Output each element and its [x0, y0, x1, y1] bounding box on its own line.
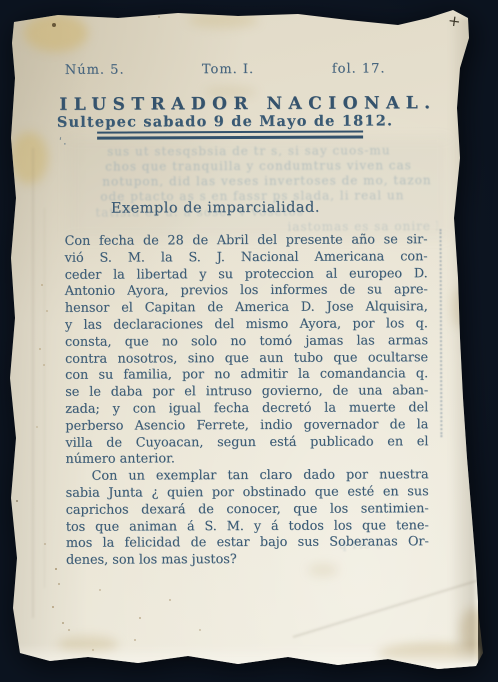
text-line: zada; y con igual fecha decretó la muert… — [65, 400, 428, 418]
bleedthrough-line: chos que tranquilla y condumtrus viven c… — [105, 158, 457, 174]
paper-shadow: Núm. 5. Tom. I. fol. 17. ILUSTRADOR NACI… — [0, 0, 498, 682]
volume-number: Tom. I. — [202, 62, 254, 77]
masthead-dateline: Sultepec sabado 9 de Mayo de 1812. — [7, 112, 443, 131]
text-line: mos la felicidad de estar bajo sus Sober… — [66, 535, 429, 553]
text-line: sabia Junta ¿ quien por obstinado que es… — [66, 484, 429, 502]
text-line: Antonio Ayora, previos los informes de s… — [65, 283, 428, 301]
article-body: Con fecha de 28 de Abril del presente añ… — [65, 232, 429, 570]
text-line: caprichos dexará de conocer, que los sen… — [66, 501, 429, 519]
text-line: Con fecha de 28 de Abril del presente añ… — [65, 232, 428, 250]
bleedthrough-line: sus ut stesqsbsia de tr s, si say cuos-m… — [107, 143, 457, 159]
bleedthrough-line: notupon, did las veses invertoses de mo,… — [102, 173, 457, 189]
text-line: perberso Asencio Ferrete, indio governad… — [65, 417, 428, 435]
text-line: tos que animan á S. M. y á todos los que… — [66, 518, 429, 536]
foxing-speckles — [8, 8, 10, 10]
handwritten-plus-mark: + — [447, 11, 462, 31]
section-heading: Exemplo de imparcialidad. — [47, 199, 383, 216]
photo-backdrop: Núm. 5. Tom. I. fol. 17. ILUSTRADOR NACI… — [0, 0, 498, 682]
text-line: ceder la libertad y su proteccion al eur… — [65, 266, 428, 284]
text-line: villa de Cuyoacan, segun está publicado … — [65, 434, 428, 452]
bleedthrough-border — [440, 229, 443, 437]
text-line: denes, son los mas justos? — [66, 551, 429, 569]
stray-ink-mark: ‘. — [58, 134, 67, 148]
text-line: contra nosotros, sino que aun tubo que o… — [65, 350, 428, 368]
text-line: y las declaraciones del mismo Ayora, por… — [65, 316, 428, 334]
text-line: Con un exemplar tan claro dado por nuest… — [66, 467, 429, 485]
issue-number: Núm. 5. — [65, 63, 125, 78]
text-line: hensor el Capitan de America D. Jose Alq… — [65, 299, 428, 317]
folio-number: fol. 17. — [332, 61, 386, 76]
bleedthrough-text: sus ut stesqsbsia de tr s, si say cuos-m… — [7, 7, 477, 9]
text-line: número anterior. — [65, 451, 428, 469]
paragraph: Con un exemplar tan claro dado por nuest… — [66, 467, 429, 569]
text-line: con su familia, por no admitir la comand… — [65, 367, 428, 385]
paragraph: Con fecha de 28 de Abril del presente añ… — [65, 232, 429, 469]
text-line: vió S. M. la S. J. Nacional Americana co… — [65, 249, 428, 267]
text-line: se le daba por el intruso govierno, de u… — [65, 383, 428, 401]
masthead-double-rule — [97, 130, 363, 139]
text-line: consta, que no solo no tomó jamas las ar… — [65, 333, 428, 351]
newspaper-page: Núm. 5. Tom. I. fol. 17. ILUSTRADOR NACI… — [8, 8, 478, 676]
printed-content: Núm. 5. Tom. I. fol. 17. ILUSTRADOR NACI… — [7, 7, 480, 677]
